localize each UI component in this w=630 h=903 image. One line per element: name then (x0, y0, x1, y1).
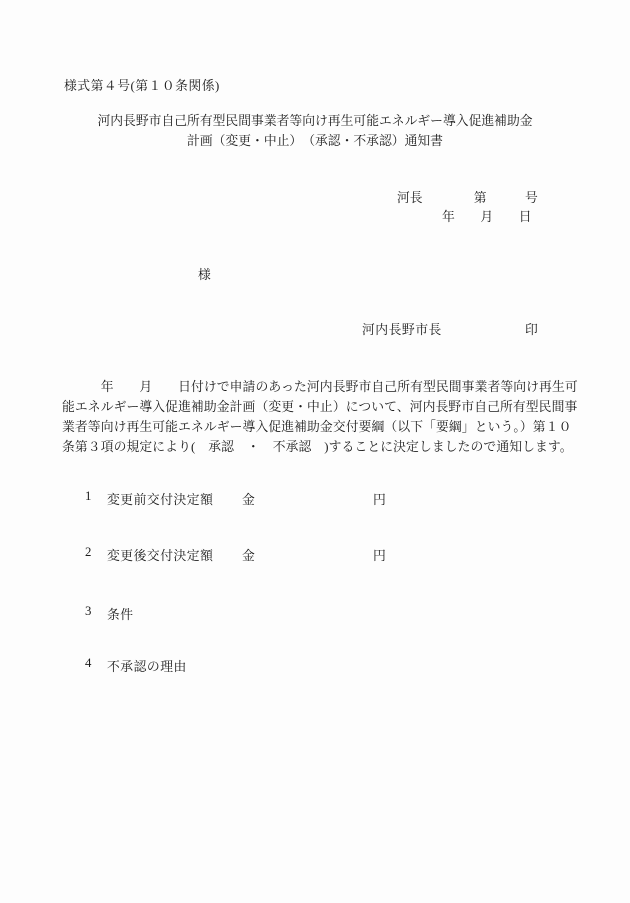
amount-prefix: 金 (242, 545, 255, 564)
amount-suffix: 円 (373, 489, 386, 508)
amount-suffix: 円 (373, 545, 386, 564)
amount-prefix: 金 (242, 489, 255, 508)
document-number-line: 河長 第 号 (397, 192, 538, 205)
item-number: 1 (85, 489, 91, 504)
item-row-3: 3 条件 (0, 604, 630, 620)
item-number: 3 (85, 604, 91, 619)
document-title-line2: 計画（変更・中止） （承認・不承認）通知書 (0, 135, 630, 148)
seal-mark: 印 (525, 324, 538, 337)
date-line: 年 月 日 (442, 211, 532, 224)
body-line-3: 業者等向け再生可能エネルギー導入促進補助金交付要綱（以下「要綱」という。）第１０ (62, 417, 578, 437)
body-line-4: 条第３項の規定により( 承認 ・ 不承認 )することに決定しましたので通知します… (62, 437, 578, 457)
document-title-line1: 河内長野市自己所有型民間事業者等向け再生可能エネルギー導入促進補助金 (0, 115, 630, 128)
item-label: 不承認の理由 (107, 656, 187, 675)
item-label: 変更前交付決定額 (107, 489, 213, 508)
item-label: 条件 (107, 604, 134, 623)
addressee-honorific: 様 (198, 269, 211, 282)
form-number: 様式第４号(第１０条関係) (64, 80, 220, 93)
body-paragraph: 年 月 日付けで申請のあった河内長野市自己所有型民間事業者等向け再生可 能エネル… (62, 377, 578, 457)
item-row-4: 4 不承認の理由 (0, 656, 630, 672)
item-number: 4 (85, 656, 91, 671)
item-row-2: 2 変更後交付決定額 金 円 (0, 545, 630, 561)
body-line-1: 年 月 日付けで申請のあった河内長野市自己所有型民間事業者等向け再生可 (62, 377, 578, 397)
document-page: 様式第４号(第１０条関係) 河内長野市自己所有型民間事業者等向け再生可能エネルギ… (0, 0, 630, 903)
body-line-2: 能エネルギー導入促進補助金計画（変更・中止）について、河内長野市自己所有型民間事 (62, 397, 578, 417)
issuer-name: 河内長野市長 (362, 324, 442, 337)
item-label: 変更後交付決定額 (107, 545, 213, 564)
item-row-1: 1 変更前交付決定額 金 円 (0, 489, 630, 505)
item-number: 2 (85, 545, 91, 560)
